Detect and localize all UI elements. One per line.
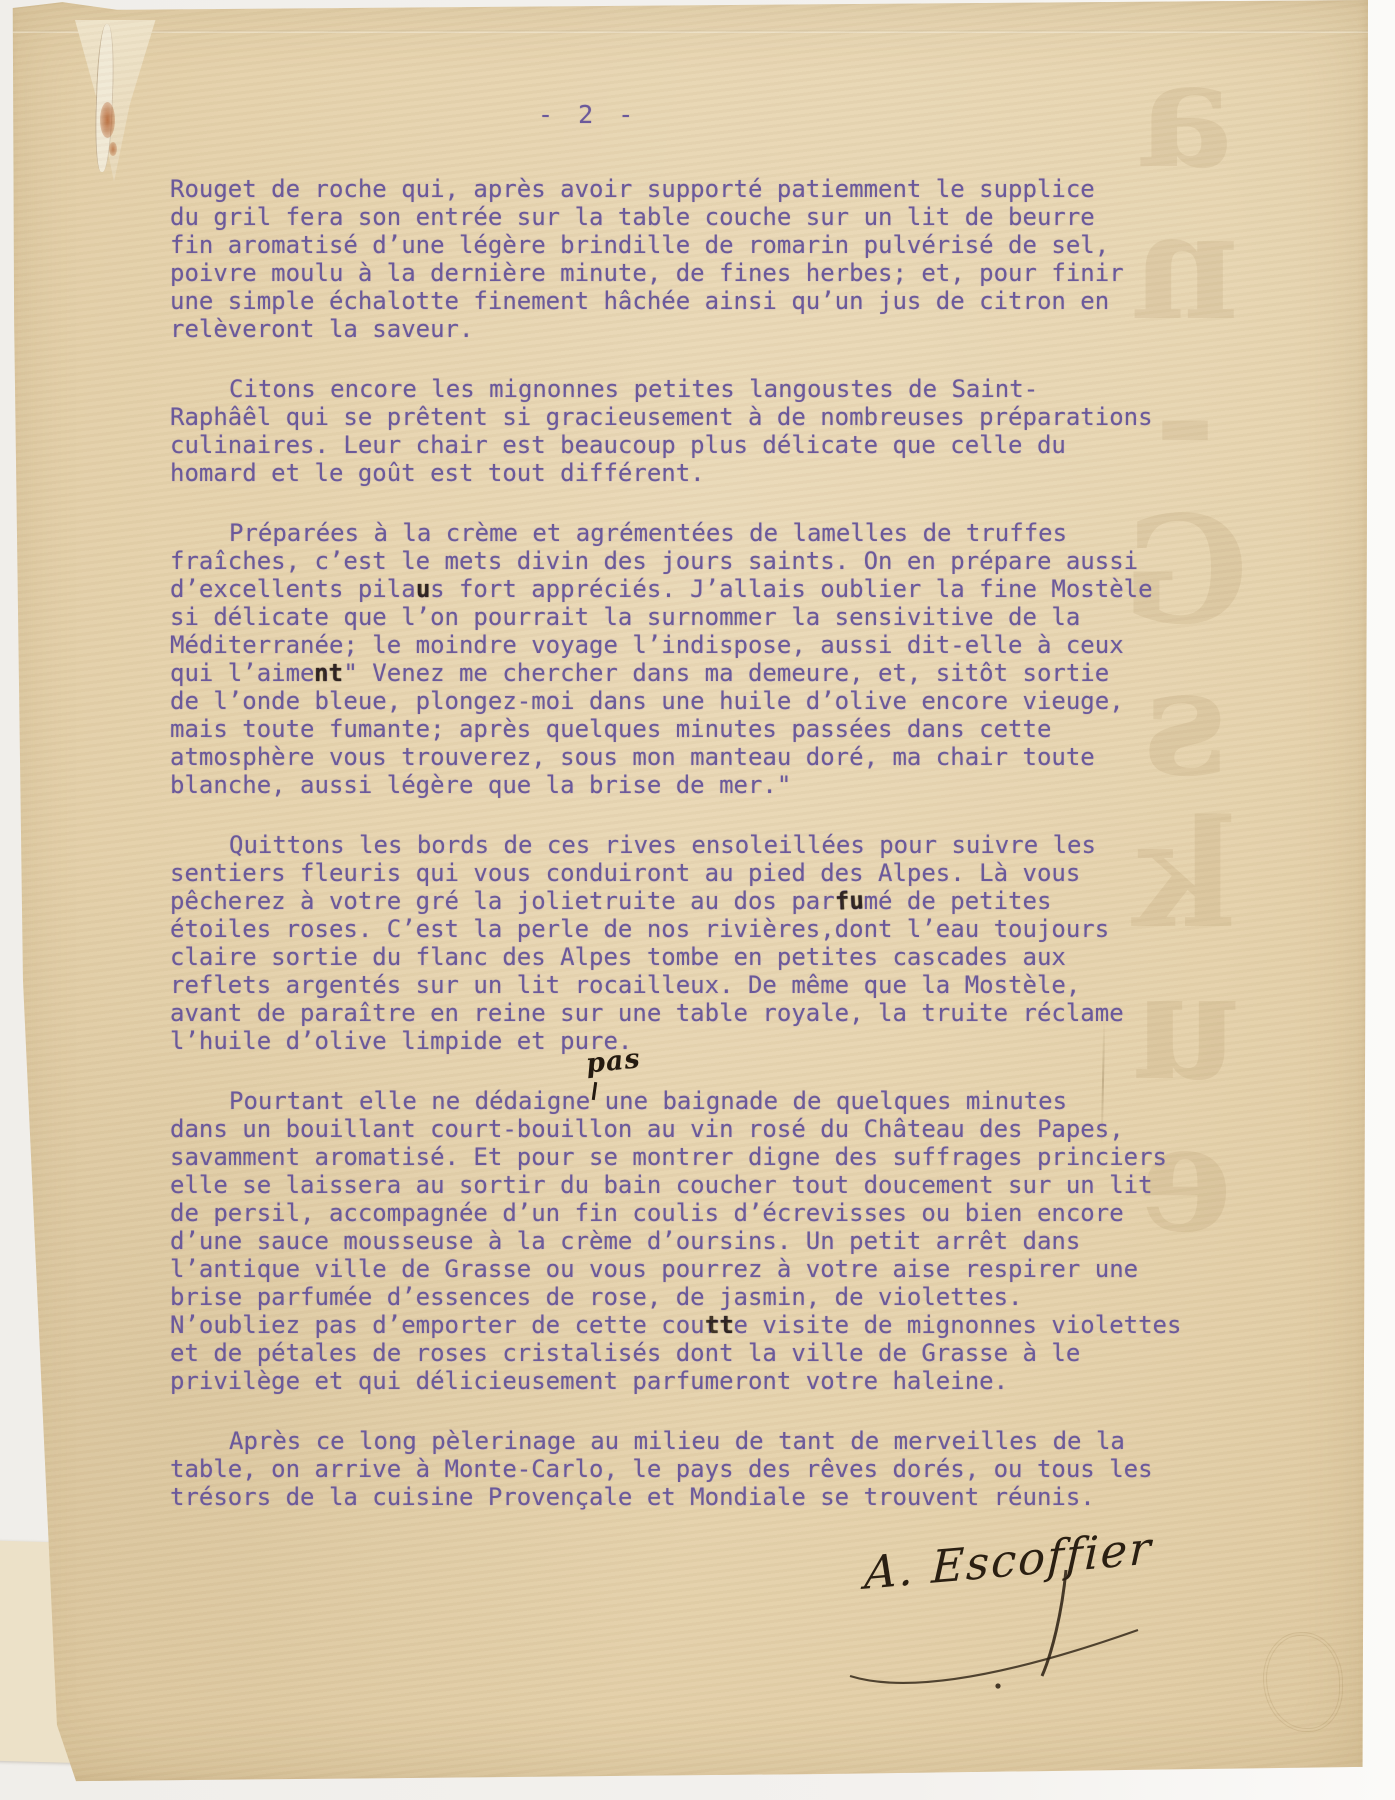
paragraph: Rouget de roche qui, après avoir support… [170,175,1230,343]
paper: an-Gskue - 2 - Rouget de roche qui, aprè… [8,0,1368,1782]
typewritten-text: Rouget de roche qui, après avoir support… [170,175,1230,1543]
overtype-correction: fu [834,886,864,915]
staple-tear-damage [53,20,175,182]
signature-block: A. Escoffier [838,1518,1158,1713]
scanned-document-page: an-Gskue - 2 - Rouget de roche qui, aprè… [0,0,1395,1800]
page-number: - 2 - [538,100,638,129]
overtype-correction: tt [705,1311,734,1339]
overtype-correction: nt [314,659,343,687]
rust-stain [100,102,115,138]
fold-crease [8,30,1368,33]
overtype-correction: u [416,575,430,603]
paragraph: Citons encore les mignonnes petites lang… [170,375,1230,487]
handwritten-pas-insertion: pas [585,1043,643,1080]
paragraph: Après ce long pèlerinage au milieu de ta… [170,1427,1230,1511]
paragraph: Quittons les bords de ces rives ensoleil… [170,831,1230,1055]
embossed-seal-mark [1263,1632,1343,1732]
rust-stain [109,142,117,156]
paragraph: Pourtant elle ne dédaigne une baignade d… [170,1087,1230,1395]
ghost-letter: a [1080,38,1290,190]
